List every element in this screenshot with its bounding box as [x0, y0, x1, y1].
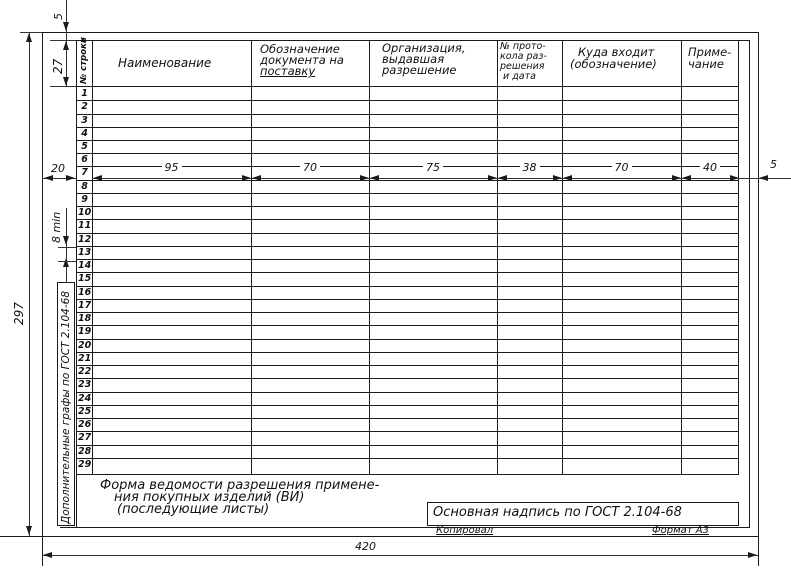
dim-row-height-label: 8 min: [50, 212, 63, 243]
dim-header-height-label: 27: [51, 59, 65, 74]
additional-columns-label: Дополнительные графы по ГОСТ 2.104-68: [58, 291, 74, 524]
row-number: 9: [78, 193, 91, 206]
col-header-where-used: Куда входит (обозначение): [570, 46, 657, 70]
main-inscription-label: Основная надпись по ГОСТ 2.104-68: [433, 506, 682, 520]
row-number: 6: [78, 153, 91, 166]
table-row[interactable]: [92, 219, 739, 232]
table-row[interactable]: [92, 325, 739, 338]
table-row[interactable]: [92, 87, 739, 100]
row-number: 24: [78, 392, 91, 405]
row-number: 11: [78, 219, 91, 232]
dim-column-width-label: 70: [612, 162, 632, 174]
dim-arrow-down-icon: [26, 526, 32, 535]
row-number: 10: [78, 206, 91, 219]
dim-row-height-line: [66, 208, 67, 283]
dim-arrow-left-icon: [370, 175, 379, 181]
table-row[interactable]: [92, 180, 739, 193]
row-number: 29: [78, 458, 91, 471]
table-row[interactable]: [92, 127, 739, 140]
dim-arrow-up-icon: [26, 33, 32, 42]
row-number: 7: [78, 166, 91, 179]
row-number: 18: [78, 312, 91, 325]
table-row[interactable]: [92, 259, 739, 272]
table-row[interactable]: [92, 299, 739, 312]
table-row[interactable]: [92, 352, 739, 365]
row-number: 15: [78, 272, 91, 285]
frame-right-edge: [749, 40, 750, 528]
dim-arrow-right-icon: [672, 175, 681, 181]
row-number: 3: [78, 114, 91, 127]
sheet-left-edge: [42, 32, 43, 566]
dim-arrow-right-icon: [730, 175, 739, 181]
format-label: Формат А3: [652, 526, 709, 536]
table-row[interactable]: [92, 233, 739, 246]
table-row[interactable]: [92, 286, 739, 299]
dim-arrow-left-icon: [44, 175, 53, 181]
dim-sheet-ext-top: [20, 32, 42, 33]
dim-arrow-right-icon: [360, 175, 369, 181]
dim-left-margin-label: 20: [48, 163, 68, 175]
table-row[interactable]: [92, 445, 739, 458]
row-number: 21: [78, 352, 91, 365]
dim-column-width-label: 75: [423, 162, 443, 174]
row-number: 23: [78, 378, 91, 391]
dim-row-ext-top: [58, 247, 76, 248]
row-number: 13: [78, 246, 91, 259]
table-row[interactable]: [92, 206, 739, 219]
dim-arrow-up-icon: [63, 258, 69, 267]
col-header-document: Обозначение документа на поставку: [260, 44, 344, 77]
dim-arrow-right-icon: [488, 175, 497, 181]
sheet-top-edge: [20, 32, 758, 33]
row-number: 22: [78, 365, 91, 378]
dim-arrow-down-icon: [63, 77, 69, 86]
row-number: 26: [78, 418, 91, 431]
row-number: 4: [78, 127, 91, 140]
dim-arrow-left-icon: [563, 175, 572, 181]
table-row[interactable]: [92, 458, 739, 471]
dim-arrow-left-icon: [93, 175, 102, 181]
table-row[interactable]: [92, 405, 739, 418]
dim-arrow-up-icon: [63, 41, 69, 50]
frame-bottom-edge: [60, 527, 749, 528]
dim-sheet-width-label: 420: [352, 541, 379, 553]
dim-arrow-left-icon: [498, 175, 507, 181]
dim-column-width-label: 38: [520, 162, 540, 174]
table-row[interactable]: [92, 339, 739, 352]
dim-arrow-down-icon: [63, 22, 69, 31]
dim-sheet-height-label: 297: [12, 302, 26, 325]
row-number-header: № строки: [78, 37, 91, 84]
row-number: 19: [78, 325, 91, 338]
dim-arrow-right-icon: [553, 175, 562, 181]
col-header-organization: Организация, выдавшая разрешение: [382, 43, 465, 76]
col-header-name: Наименование: [118, 58, 211, 69]
row-number: 27: [78, 431, 91, 444]
table-row[interactable]: [92, 153, 739, 166]
dim-arrow-left-icon: [759, 175, 768, 181]
table-row[interactable]: [92, 312, 739, 325]
dim-sheet-width-line: [42, 555, 758, 556]
table-row[interactable]: [92, 140, 739, 153]
sheet-bottom-edge: [0, 536, 758, 537]
sheet-right-edge: [758, 32, 759, 566]
table-row[interactable]: [92, 272, 739, 285]
dim-column-width-label: 95: [162, 162, 182, 174]
table-row[interactable]: [92, 418, 739, 431]
table-row[interactable]: [92, 378, 739, 391]
row-number: 8: [78, 180, 91, 193]
table-row[interactable]: [92, 114, 739, 127]
dim-column-width-label: 40: [700, 162, 720, 174]
copied-label: Копировал: [436, 526, 493, 536]
row-number: 2: [78, 100, 91, 113]
col-header-note: Приме- чание: [688, 46, 731, 70]
dim-top-margin-label: 5: [52, 13, 65, 20]
dim-arrow-left-icon: [252, 175, 261, 181]
row-number: 16: [78, 286, 91, 299]
dim-row-ext-bottom: [58, 261, 76, 262]
table-row[interactable]: [92, 246, 739, 259]
row-number: 25: [78, 405, 91, 418]
dim-right-margin-label: 5: [767, 159, 780, 171]
dim-arrow-right-icon: [748, 552, 757, 558]
dim-arrow-right-icon: [66, 175, 75, 181]
row-number: 1: [78, 87, 91, 100]
dim-column-width-label: 70: [300, 162, 320, 174]
form-title: Форма ведомости разрешения примене- ния …: [100, 480, 379, 516]
row-number: 17: [78, 299, 91, 312]
dim-arrow-right-icon: [242, 175, 251, 181]
table-row[interactable]: [92, 431, 739, 444]
row-number: 14: [78, 259, 91, 272]
table-row[interactable]: [92, 100, 739, 113]
table-row[interactable]: [92, 193, 739, 206]
dim-arrow-left-icon: [682, 175, 691, 181]
dim-header-ext-bottom: [50, 86, 76, 87]
row-number: 20: [78, 339, 91, 352]
col-header-protocol: № прото- кола раз- решения и дата: [500, 42, 547, 82]
dim-arrow-left-icon: [43, 552, 52, 558]
dim-arrow-down-icon: [63, 236, 69, 245]
row-number: 28: [78, 445, 91, 458]
table-row[interactable]: [92, 392, 739, 405]
dim-sheet-height-line: [29, 32, 30, 536]
row-number: 5: [78, 140, 91, 153]
table-row[interactable]: [92, 365, 739, 378]
row-number: 12: [78, 233, 91, 246]
